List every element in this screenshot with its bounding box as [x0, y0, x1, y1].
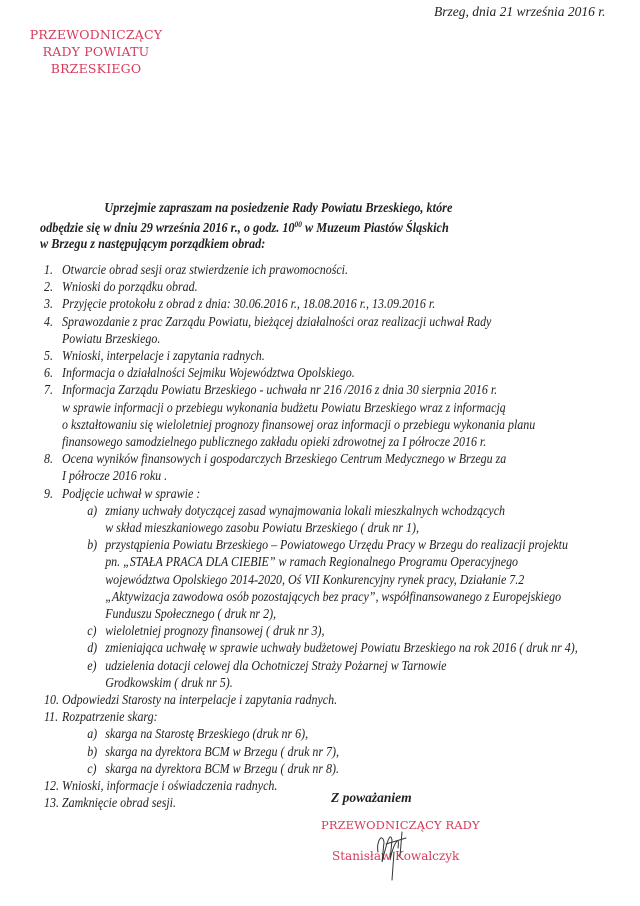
- intro-line-2-end: w Muzeum Piastów Śląskich: [302, 220, 449, 235]
- item-line: finansowego samodzielnego publicznego za…: [62, 433, 602, 450]
- item-number: 2.: [44, 278, 62, 295]
- letterhead-line-3: BRZESKIEGO: [26, 60, 166, 77]
- item-line: „Aktywizacja zawodowa osób pozostających…: [105, 588, 602, 605]
- agenda-subitem: a)zmiany uchwały dotyczącej zasad wynajm…: [44, 502, 602, 536]
- agenda-item: 12.Wnioski, informacje i oświadczenia ra…: [44, 777, 602, 794]
- item-text: Wnioski, interpelacje i zapytania radnyc…: [62, 347, 602, 364]
- subitem-text: wieloletniej prognozy finansowej ( druk …: [105, 622, 602, 639]
- item-line: Powiatu Brzeskiego.: [62, 330, 602, 347]
- item-text: Przyjęcie protokołu z obrad z dnia: 30.0…: [62, 295, 602, 312]
- item-number: 10.: [44, 691, 62, 708]
- subitem-letter: c): [87, 622, 105, 639]
- subitem-letter: b): [87, 743, 105, 760]
- agenda-subitem: b) przystąpienia Powiatu Brzeskiego – Po…: [44, 536, 602, 622]
- agenda-item: 2.Wnioski do porządku obrad.: [44, 278, 602, 295]
- invitation-paragraph: Uprzejmie zapraszam na posiedzenie Rady …: [40, 200, 555, 253]
- item-number: 13.: [44, 794, 62, 811]
- item-text: Podjęcie uchwał w sprawie :: [62, 485, 602, 502]
- item-line: Funduszu Społecznego ( druk nr 2),: [105, 605, 602, 622]
- agenda-item: 1.Otwarcie obrad sesji oraz stwierdzenie…: [44, 261, 602, 278]
- agenda-subitem: c)skarga na dyrektora BCM w Brzegu ( dru…: [44, 760, 602, 777]
- subitem-letter: c): [87, 760, 105, 777]
- document-date: Brzeg, dnia 21 września 2016 r.: [434, 4, 605, 20]
- subitem-letter: a): [87, 725, 105, 742]
- subitem-text: zmiany uchwały dotyczącej zasad wynajmow…: [105, 502, 602, 536]
- item-line: Grodkowskim ( druk nr 5).: [105, 674, 602, 691]
- item-line: przystąpienia Powiatu Brzeskiego – Powia…: [105, 536, 602, 553]
- agenda-item: 7.Informacja Zarządu Powiatu Brzeskiego …: [44, 381, 602, 450]
- item-number: 12.: [44, 777, 62, 794]
- item-number: 9.: [44, 485, 62, 502]
- agenda-subitem: d)zmieniająca uchwałę w sprawie uchwały …: [44, 639, 602, 656]
- item-line: w sprawie informacji o przebiegu wykonan…: [62, 399, 602, 416]
- agenda-item: 5.Wnioski, interpelacje i zapytania radn…: [44, 347, 602, 364]
- agenda-item: 10.Odpowiedzi Starosty na interpelacje i…: [44, 691, 602, 708]
- agenda-item: 9.Podjęcie uchwał w sprawie :: [44, 485, 602, 502]
- subitem-letter: d): [87, 639, 105, 656]
- subitem-text: zmieniająca uchwałę w sprawie uchwały bu…: [105, 639, 602, 656]
- subitem-text: przystąpienia Powiatu Brzeskiego – Powia…: [105, 536, 602, 622]
- handwritten-signature-icon: [372, 812, 412, 882]
- agenda-subitem: a) skarga na Starostę Brzeskiego (druk n…: [44, 725, 602, 742]
- item-text: Informacja Zarządu Powiatu Brzeskiego - …: [62, 381, 602, 450]
- item-line: o kształtowaniu się wieloletniej prognoz…: [62, 416, 602, 433]
- intro-line-1: Uprzejmie zapraszam na posiedzenie Rady …: [40, 200, 555, 217]
- time-minutes-sup: 00: [295, 220, 302, 229]
- item-line: I półrocze 2016 roku .: [62, 467, 602, 484]
- subitem-letter: b): [87, 536, 105, 622]
- item-line: województwa Opolskiego 2014-2020, Oś VII…: [105, 571, 602, 588]
- agenda-item: 4.Sprawozdanie z prac Zarządu Powiatu, b…: [44, 313, 602, 347]
- item-line: pn. „STAŁA PRACA DLA CIEBIE” w ramach Re…: [105, 553, 602, 570]
- item-number: 3.: [44, 295, 62, 312]
- letterhead-line-1: PRZEWODNICZĄCY: [26, 26, 166, 43]
- agenda-item: 6.Informacja o działalności Sejmiku Woje…: [44, 364, 602, 381]
- item-text: Ocena wyników finansowych i gospodarczyc…: [62, 450, 602, 484]
- item-number: 1.: [44, 261, 62, 278]
- letterhead-line-2: RADY POWIATU: [26, 43, 166, 60]
- closing-salutation: Z poważaniem: [331, 790, 412, 806]
- agenda-subitem: e)udzielenia dotacji celowej dla Ochotni…: [44, 657, 602, 691]
- agenda-subitem: b)skarga na dyrektora BCM w Brzegu ( dru…: [44, 743, 602, 760]
- subitem-text: skarga na dyrektora BCM w Brzegu ( druk …: [105, 760, 602, 777]
- subitem-text: skarga na Starostę Brzeskiego (druk nr 6…: [105, 725, 602, 742]
- item-number: 6.: [44, 364, 62, 381]
- item-line: zmiany uchwały dotyczącej zasad wynajmow…: [105, 502, 602, 519]
- subitem-letter: a): [87, 502, 105, 536]
- agenda-list: 1.Otwarcie obrad sesji oraz stwierdzenie…: [44, 261, 602, 812]
- item-line: Ocena wyników finansowych i gospodarczyc…: [62, 450, 602, 467]
- item-number: 11.: [44, 708, 62, 725]
- item-text: Sprawozdanie z prac Zarządu Powiatu, bie…: [62, 313, 602, 347]
- agenda-item: 13.Zamknięcie obrad sesji.: [44, 794, 602, 811]
- agenda-item: 8.Ocena wyników finansowych i gospodarcz…: [44, 450, 602, 484]
- item-text: Wnioski do porządku obrad.: [62, 278, 602, 295]
- item-text: Rozpatrzenie skarg:: [62, 708, 602, 725]
- item-number: 4.: [44, 313, 62, 347]
- item-number: 5.: [44, 347, 62, 364]
- subitem-text: udzielenia dotacji celowej dla Ochotnicz…: [105, 657, 602, 691]
- item-text: Otwarcie obrad sesji oraz stwierdzenie i…: [62, 261, 602, 278]
- item-line: Informacja Zarządu Powiatu Brzeskiego - …: [62, 381, 602, 398]
- item-line: udzielenia dotacji celowej dla Ochotnicz…: [105, 657, 602, 674]
- item-number: 8.: [44, 450, 62, 484]
- intro-line-2: odbędzie się w dniu 29 września 2016 r.,…: [40, 217, 555, 237]
- subitem-letter: e): [87, 657, 105, 691]
- intro-line-3: w Brzegu z następującym porządkiem obrad…: [40, 236, 555, 253]
- intro-line-2-start: odbędzie się w dniu 29 września 2016 r.,…: [40, 220, 295, 235]
- item-line: w skład mieszkaniowego zasobu Powiatu Br…: [105, 519, 602, 536]
- item-text: Odpowiedzi Starosty na interpelacje i za…: [62, 691, 602, 708]
- agenda-item: 11.Rozpatrzenie skarg:: [44, 708, 602, 725]
- subitem-text: skarga na dyrektora BCM w Brzegu ( druk …: [105, 743, 602, 760]
- agenda-subitem: c)wieloletniej prognozy finansowej ( dru…: [44, 622, 602, 639]
- letterhead: PRZEWODNICZĄCY RADY POWIATU BRZESKIEGO: [26, 26, 166, 77]
- item-number: 7.: [44, 381, 62, 450]
- item-line: Sprawozdanie z prac Zarządu Powiatu, bie…: [62, 313, 602, 330]
- item-text: Informacja o działalności Sejmiku Wojewó…: [62, 364, 602, 381]
- agenda-item: 3.Przyjęcie protokołu z obrad z dnia: 30…: [44, 295, 602, 312]
